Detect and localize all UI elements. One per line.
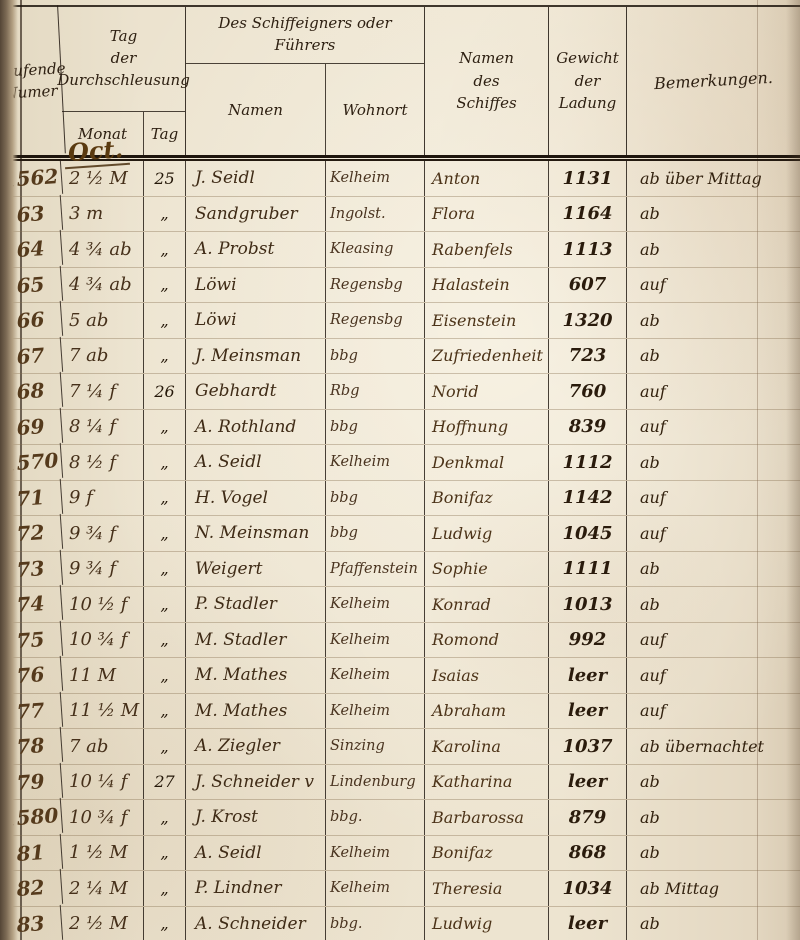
table-row: 69 8 ¼ f „ A. Rothland bbg Hoffnung 839 … [0, 410, 800, 446]
ship-name: Denkmal [425, 445, 549, 480]
residence: Ingolst. [326, 197, 425, 232]
cargo-weight: 1034 [549, 871, 627, 906]
header-line: des [473, 70, 499, 93]
shipmaster-name: A. Schneider [186, 907, 326, 940]
header-line: Durchschleusung [57, 70, 190, 92]
day-of-month: „ [144, 197, 186, 232]
residence: Pfaffenstein [326, 552, 425, 587]
passage-time: 11 ½ M [62, 694, 144, 729]
day-of-month: „ [144, 729, 186, 764]
day-of-month: „ [144, 232, 186, 267]
table-row: 64 4 ¾ ab „ A. Probst Kleasing Rabenfels… [0, 232, 800, 268]
cargo-weight: 1013 [549, 587, 627, 622]
shipmaster-name: A. Seidl [186, 445, 326, 480]
table-row: 74 10 ½ f „ P. Stadler Kelheim Konrad 10… [0, 587, 800, 623]
remark: auf [627, 623, 800, 658]
remark: ab [627, 800, 800, 835]
residence: Lindenburg [326, 765, 425, 800]
header-line: Ladung [559, 92, 616, 115]
running-number: 78 [0, 727, 63, 766]
cargo-weight: leer [549, 765, 627, 800]
residence: Kelheim [326, 871, 425, 906]
shipmaster-name: M. Mathes [186, 694, 326, 729]
passage-time: 1 ½ M [62, 836, 144, 871]
passage-time: 10 ¾ f [62, 623, 144, 658]
residence: bbg [326, 339, 425, 374]
shipmaster-name: Sandgruber [186, 197, 326, 232]
cargo-weight: 1131 [549, 161, 627, 196]
running-number: 77 [0, 691, 63, 730]
day-of-month: „ [144, 907, 186, 940]
shipmaster-name: M. Mathes [186, 658, 326, 693]
remark: auf [627, 268, 800, 303]
running-number: 1562 [0, 159, 63, 198]
subcolumn-header-day: Tag [144, 112, 185, 155]
ship-name: Katharina [425, 765, 549, 800]
running-number: 79 [0, 762, 63, 801]
column-header-ship-name: Namen des Schiffes [425, 7, 549, 155]
ship-name: Hoffnung [425, 410, 549, 445]
ship-name: Ludwig [425, 907, 549, 940]
ship-name: Anton [425, 161, 549, 196]
cargo-weight: 879 [549, 800, 627, 835]
header-line: Tag [110, 26, 137, 48]
cargo-weight: 992 [549, 623, 627, 658]
table-row: 71 9 f „ H. Vogel bbg Bonifaz 1142 auf [0, 481, 800, 517]
residence: bbg. [326, 907, 425, 940]
passage-time: 3 m [62, 197, 144, 232]
day-of-month: „ [144, 268, 186, 303]
passage-time: 9 f [62, 481, 144, 516]
table-row: 81 1 ½ M „ A. Seidl Kelheim Bonifaz 868 … [0, 836, 800, 872]
cargo-weight: 1142 [549, 481, 627, 516]
ship-name: Bonifaz [425, 836, 549, 871]
day-of-month: „ [144, 410, 186, 445]
cargo-weight: 607 [549, 268, 627, 303]
table-header: Laufende Numer Tag der Durchschleusung M… [0, 5, 800, 155]
shipmaster-name: A. Ziegler [186, 729, 326, 764]
residence: Regensbg [326, 268, 425, 303]
day-of-month: 25 [144, 161, 186, 196]
day-of-month: „ [144, 445, 186, 480]
remark: ab [627, 197, 800, 232]
running-number: 63 [0, 194, 63, 233]
passage-time: 2 ½ M [62, 907, 144, 940]
residence: Sinzing [326, 729, 425, 764]
residence: Kelheim [326, 836, 425, 871]
shipmaster-name: A. Seidl [186, 836, 326, 871]
passage-time: 10 ½ f [62, 587, 144, 622]
table-row: 1580 10 ¾ f „ J. Krost bbg. Barbarossa 8… [0, 800, 800, 836]
header-line: der [575, 70, 601, 93]
shipmaster-name: Löwi [186, 303, 326, 338]
remark: ab [627, 303, 800, 338]
column-header-running-number: Laufende Numer [0, 5, 66, 156]
running-number: 83 [0, 904, 63, 940]
table-row: 67 7 ab „ J. Meinsman bbg Zufriedenheit … [0, 339, 800, 375]
running-number: 68 [0, 372, 63, 411]
shipmaster-name: J. Krost [186, 800, 326, 835]
cargo-weight: leer [549, 694, 627, 729]
passage-time: 9 ¾ f [62, 516, 144, 551]
passage-time: 4 ¾ ab [62, 232, 144, 267]
day-of-month: 26 [144, 374, 186, 409]
passage-time: 7 ¼ f [62, 374, 144, 409]
ship-name: Romond [425, 623, 549, 658]
ship-name: Flora [425, 197, 549, 232]
cargo-weight: 760 [549, 374, 627, 409]
day-of-month: „ [144, 623, 186, 658]
residence: Rbg [326, 374, 425, 409]
ship-name: Abraham [425, 694, 549, 729]
running-number: 75 [0, 620, 63, 659]
running-number: 1580 [0, 798, 63, 837]
day-of-month: „ [144, 836, 186, 871]
running-number: 67 [0, 336, 63, 375]
cargo-weight: leer [549, 907, 627, 940]
shipmaster-name: P. Stadler [186, 587, 326, 622]
running-number: 64 [0, 230, 63, 269]
header-line: Gewicht [556, 47, 619, 70]
ship-name: Eisenstein [425, 303, 549, 338]
table-row: 68 7 ¼ f 26 Gebhardt Rbg Norid 760 auf [0, 374, 800, 410]
header-line: Namen [459, 47, 514, 70]
ship-name: Theresia [425, 871, 549, 906]
cargo-weight: 1164 [549, 197, 627, 232]
ship-name: Konrad [425, 587, 549, 622]
residence: Kelheim [326, 445, 425, 480]
header-line: Des Schiffeigners oder [218, 13, 391, 35]
ship-name: Sophie [425, 552, 549, 587]
shipmaster-name: J. Seidl [186, 161, 326, 196]
shipmaster-name: Löwi [186, 268, 326, 303]
day-of-month: „ [144, 658, 186, 693]
table-body: 1562 2 ½ M 25 J. Seidl Kelheim Anton 113… [0, 161, 800, 940]
table-row: 73 9 ¾ f „ Weigert Pfaffenstein Sophie 1… [0, 552, 800, 588]
residence: Kelheim [326, 658, 425, 693]
shipmaster-name: P. Lindner [186, 871, 326, 906]
ship-name: Halastein [425, 268, 549, 303]
running-number: 1570 [0, 443, 63, 482]
residence: bbg [326, 481, 425, 516]
day-of-month: „ [144, 339, 186, 374]
remark: auf [627, 481, 800, 516]
running-number: 82 [0, 869, 63, 908]
remark: auf [627, 516, 800, 551]
day-of-month: „ [144, 871, 186, 906]
remark: ab über Mittag [627, 161, 800, 196]
remark: ab [627, 339, 800, 374]
table-row: 72 9 ¾ f „ N. Meinsman bbg Ludwig 1045 a… [0, 516, 800, 552]
day-of-month: „ [144, 552, 186, 587]
running-number: 73 [0, 549, 63, 588]
column-header-remarks: Bemerkungen. [623, 3, 800, 160]
month-label: Oct. [63, 134, 130, 169]
day-of-month: „ [144, 303, 186, 338]
remark: ab [627, 587, 800, 622]
passage-time: 5 ab [62, 303, 144, 338]
column-header-cargo-weight: Gewicht der Ladung [549, 7, 627, 155]
column-header-shipowner: Des Schiffeigners oder Führers Namen Woh… [186, 7, 425, 155]
residence: Kelheim [326, 623, 425, 658]
day-of-month: „ [144, 481, 186, 516]
running-number: 65 [0, 265, 63, 304]
ship-name: Isaias [425, 658, 549, 693]
shipmaster-name: Gebhardt [186, 374, 326, 409]
residence: bbg. [326, 800, 425, 835]
remark: auf [627, 374, 800, 409]
shipmaster-name: M. Stadler [186, 623, 326, 658]
header-line: Schiffes [456, 92, 516, 115]
table-row: 75 10 ¾ f „ M. Stadler Kelheim Romond 99… [0, 623, 800, 659]
passage-time: 11 M [62, 658, 144, 693]
day-of-month: „ [144, 516, 186, 551]
ledger-page: Laufende Numer Tag der Durchschleusung M… [0, 0, 800, 940]
table-row: 82 2 ¼ M „ P. Lindner Kelheim Theresia 1… [0, 871, 800, 907]
day-of-month: „ [144, 587, 186, 622]
remark: ab [627, 765, 800, 800]
table-row: 76 11 M „ M. Mathes Kelheim Isaias leer … [0, 658, 800, 694]
cargo-weight: 1045 [549, 516, 627, 551]
ship-name: Zufriedenheit [425, 339, 549, 374]
table-row: 66 5 ab „ Löwi Regensbg Eisenstein 1320 … [0, 303, 800, 339]
remark: ab [627, 907, 800, 940]
residence: bbg [326, 516, 425, 551]
shipmaster-name: J. Schneider v [186, 765, 326, 800]
passage-time: 7 ab [62, 339, 144, 374]
passage-time: 2 ¼ M [62, 871, 144, 906]
residence: Kleasing [326, 232, 425, 267]
table-row: 78 7 ab „ A. Ziegler Sinzing Karolina 10… [0, 729, 800, 765]
cargo-weight: 868 [549, 836, 627, 871]
remark: ab übernachtet [627, 729, 800, 764]
ship-name: Bonifaz [425, 481, 549, 516]
day-of-month: 27 [144, 765, 186, 800]
shipmaster-name: N. Meinsman [186, 516, 326, 551]
ship-name: Barbarossa [425, 800, 549, 835]
table-row: 1570 8 ½ f „ A. Seidl Kelheim Denkmal 11… [0, 445, 800, 481]
running-number: 74 [0, 585, 63, 624]
shipmaster-name: A. Probst [186, 232, 326, 267]
day-of-month: „ [144, 694, 186, 729]
shipmaster-name: H. Vogel [186, 481, 326, 516]
passage-time: 8 ½ f [62, 445, 144, 480]
cargo-weight: 723 [549, 339, 627, 374]
remark: auf [627, 694, 800, 729]
running-number: 71 [0, 478, 63, 517]
passage-time: 9 ¾ f [62, 552, 144, 587]
header-line: der [111, 48, 137, 70]
passage-time: 10 ¼ f [62, 765, 144, 800]
shipmaster-name: A. Rothland [186, 410, 326, 445]
residence: bbg [326, 410, 425, 445]
column-header-lock-passage: Tag der Durchschleusung Monat Tag [62, 7, 186, 155]
subcolumn-header-residence: Wohnort [326, 64, 424, 155]
header-line: Numer [4, 80, 58, 105]
cargo-weight: 1111 [549, 552, 627, 587]
ship-name: Ludwig [425, 516, 549, 551]
passage-time: 8 ¼ f [62, 410, 144, 445]
passage-time: 7 ab [62, 729, 144, 764]
remark: ab [627, 232, 800, 267]
cargo-weight: 1113 [549, 232, 627, 267]
residence: Regensbg [326, 303, 425, 338]
cargo-weight: 839 [549, 410, 627, 445]
table-row: 79 10 ¼ f 27 J. Schneider v Lindenburg K… [0, 765, 800, 801]
remark: ab Mittag [627, 871, 800, 906]
cargo-weight: 1320 [549, 303, 627, 338]
ship-name: Norid [425, 374, 549, 409]
table-row: 1562 2 ½ M 25 J. Seidl Kelheim Anton 113… [0, 161, 800, 197]
remark: ab [627, 445, 800, 480]
running-number: 66 [0, 301, 63, 340]
table-row: 63 3 m „ Sandgruber Ingolst. Flora 1164 … [0, 197, 800, 233]
table-row: 77 11 ½ M „ M. Mathes Kelheim Abraham le… [0, 694, 800, 730]
running-number: 72 [0, 514, 63, 553]
passage-time: 4 ¾ ab [62, 268, 144, 303]
ship-name: Karolina [425, 729, 549, 764]
cargo-weight: 1112 [549, 445, 627, 480]
remark: ab [627, 552, 800, 587]
passage-time: 10 ¾ f [62, 800, 144, 835]
table-row: 65 4 ¾ ab „ Löwi Regensbg Halastein 607 … [0, 268, 800, 304]
day-of-month: „ [144, 800, 186, 835]
cargo-weight: leer [549, 658, 627, 693]
residence: Kelheim [326, 161, 425, 196]
subcolumn-header-name: Namen [186, 64, 326, 155]
shipmaster-name: Weigert [186, 552, 326, 587]
remark: auf [627, 410, 800, 445]
table-row: 83 2 ½ M „ A. Schneider bbg. Ludwig leer… [0, 907, 800, 940]
remark: ab [627, 836, 800, 871]
ship-name: Rabenfels [425, 232, 549, 267]
running-number: 69 [0, 407, 63, 446]
running-number: 76 [0, 656, 63, 695]
running-number: 81 [0, 833, 63, 872]
remark: auf [627, 658, 800, 693]
residence: Kelheim [326, 587, 425, 622]
cargo-weight: 1037 [549, 729, 627, 764]
residence: Kelheim [326, 694, 425, 729]
header-line: Führers [275, 35, 336, 57]
shipmaster-name: J. Meinsman [186, 339, 326, 374]
